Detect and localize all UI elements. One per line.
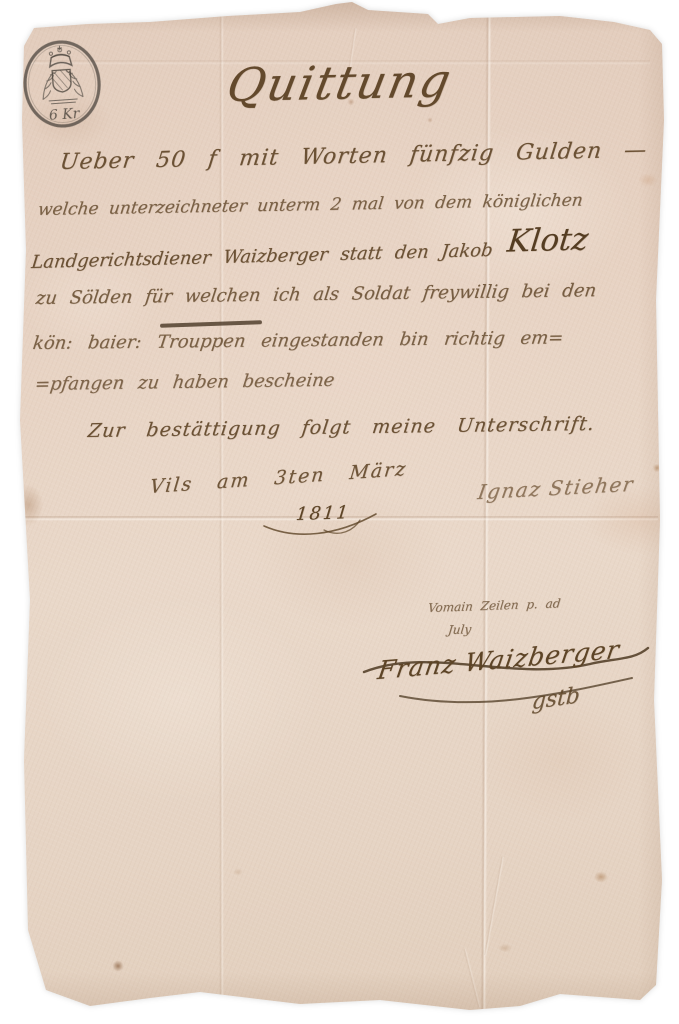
- body-line-1: Ueber 50 f mit Worten fünfzig Gulden —: [59, 138, 649, 175]
- endorsement-signature: Franz Waizberger: [376, 635, 622, 686]
- ink-underline-stroke: [160, 320, 262, 328]
- endorsement-line-1: Vomain Zeilen p. ad: [427, 596, 561, 615]
- body-line-5: kön: baier: Trouppen eingestanden bin ri…: [32, 327, 565, 354]
- laurel-branch-left: [41, 71, 58, 99]
- paper-shadow: 6 Kr Quittung Ueber 50 f mit Worten fünf…: [0, 0, 679, 1024]
- place-and-date: Vils am 3ten März: [149, 458, 409, 498]
- body-line-3-text: Landgerichtsdiener Waizberger statt den …: [30, 240, 494, 273]
- closing-line: Zur bestättigung folgt meine Unterschrif…: [87, 413, 597, 442]
- body-line-6: =pfangen zu haben bescheine: [34, 370, 336, 395]
- document-title: Quittung: [223, 53, 457, 112]
- endorsement-line-2: July: [447, 622, 472, 637]
- document-scan: 6 Kr Quittung Ueber 50 f mit Worten fünf…: [0, 0, 679, 1024]
- laurel-branch-right: [66, 70, 83, 98]
- scan-canvas: 6 Kr Quittung Ueber 50 f mit Worten fünf…: [0, 0, 679, 1024]
- revenue-stamp: 6 Kr: [17, 33, 107, 133]
- crease-diagonal-bottom-1: [483, 856, 504, 955]
- body-line-2: welche unterzeichneter unterm 2 mal von …: [37, 190, 584, 220]
- body-line-4: zu Sölden für welchen ich als Soldat fre…: [35, 280, 598, 309]
- stamp-denomination: 6 Kr: [48, 106, 81, 124]
- emphasized-surname: Klotz: [506, 221, 591, 259]
- signature-right: Ignaz Stieher: [476, 472, 636, 504]
- year: 1811: [295, 502, 351, 525]
- body-line-3: Landgerichtsdiener Waizberger statt den …: [30, 225, 590, 276]
- crease-diagonal-bottom-2: [463, 948, 481, 1007]
- signature-paraph: gstb: [531, 683, 581, 715]
